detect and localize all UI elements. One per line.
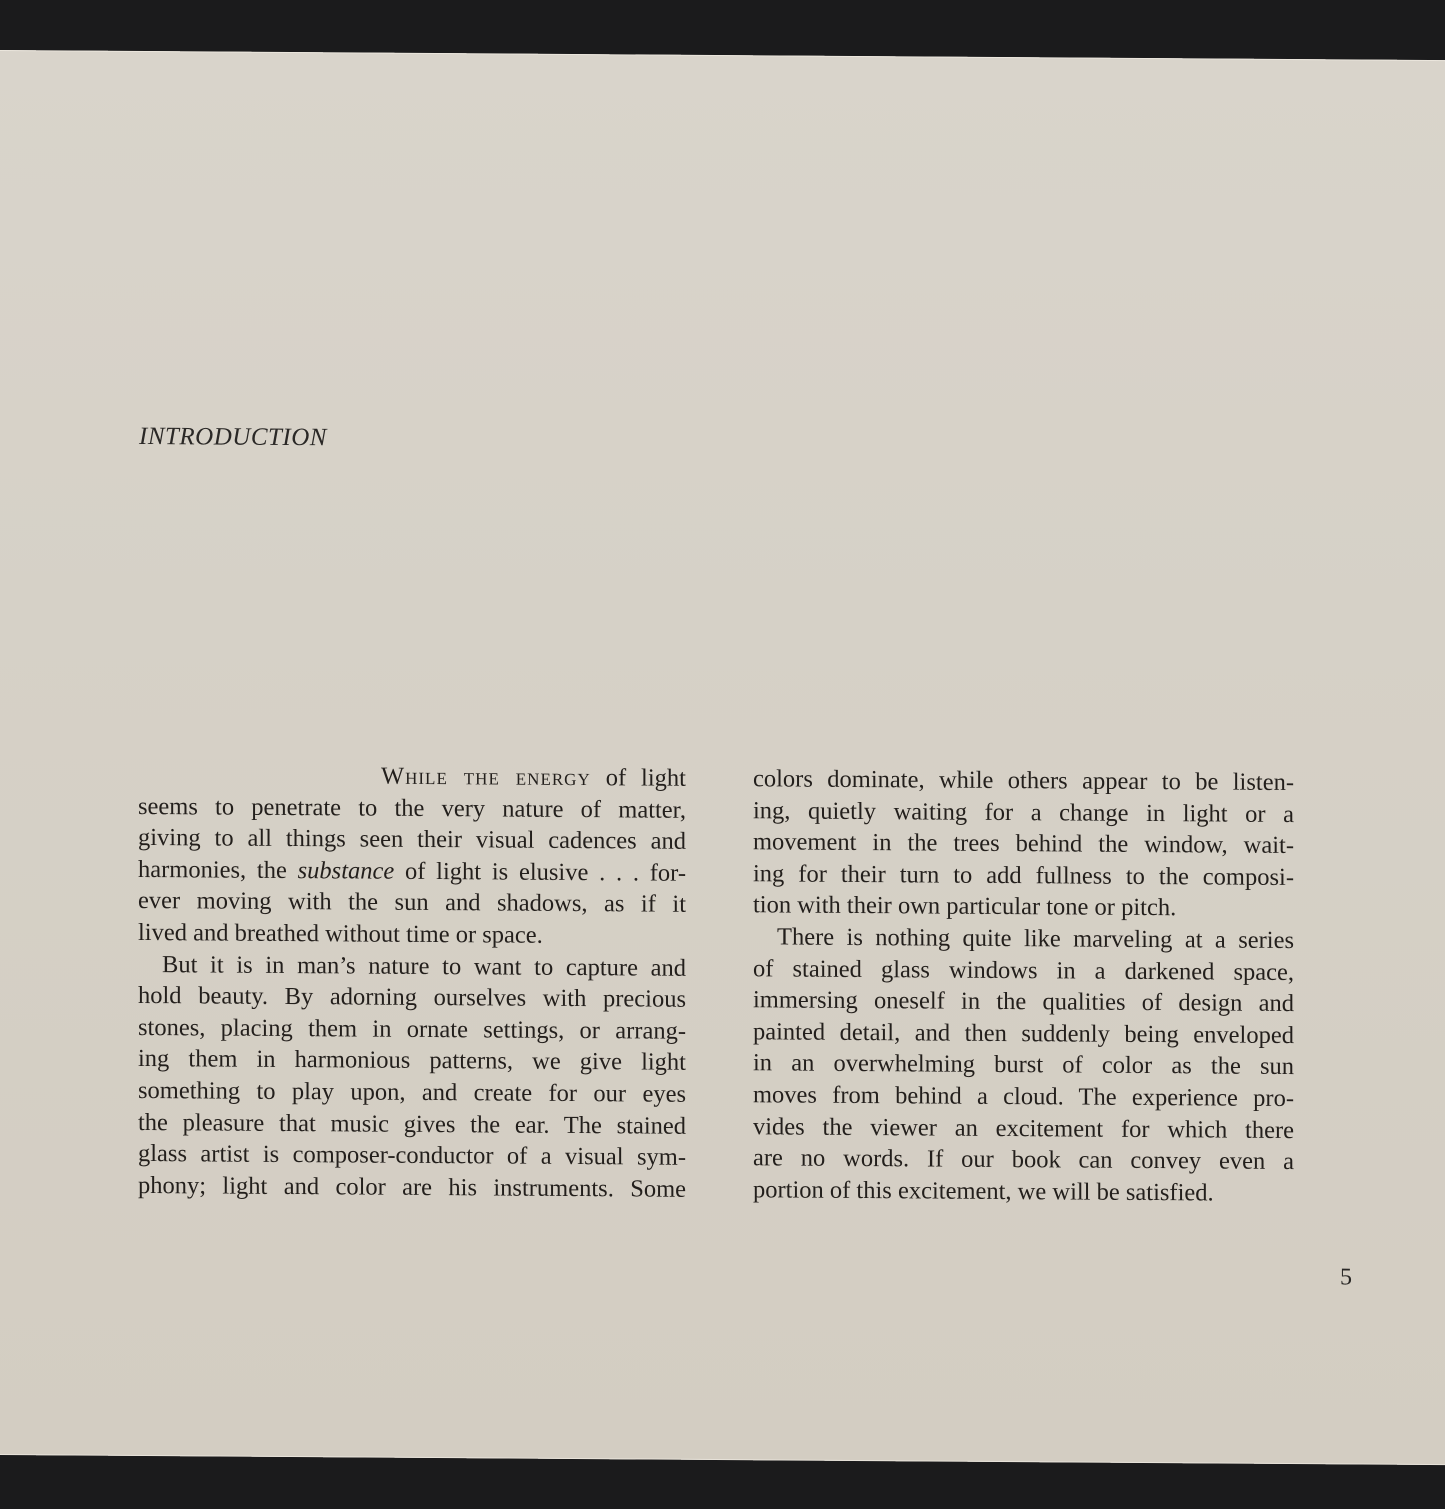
text-line: harmonies, the substance of light is elu… <box>138 854 686 889</box>
text-line: painted detail, and then suddenly being … <box>753 1016 1294 1051</box>
text-line: immersing oneself in the qualities of de… <box>753 984 1294 1019</box>
text-line: stones, placing them in ornate settings,… <box>138 1012 686 1047</box>
section-heading: INTRODUCTION <box>139 423 327 452</box>
text-line: seems to penetrate to the very nature of… <box>138 791 686 826</box>
text-line: phony; light and color are his instrumen… <box>138 1170 686 1205</box>
text-line: moves from behind a cloud. The experienc… <box>753 1079 1294 1114</box>
text-line: hold beauty. By adorning ourselves with … <box>138 980 686 1015</box>
text-line: But it is in man’s nature to want to cap… <box>138 949 686 984</box>
text-line: ever moving with the sun and shadows, as… <box>138 885 686 920</box>
text-line: glass artist is composer-conductor of a … <box>138 1138 686 1173</box>
opening-smallcaps: While the energy <box>381 763 591 791</box>
text-line: vides the viewer an excitement for which… <box>753 1111 1294 1146</box>
book-page: INTRODUCTION While the energy of light s… <box>0 50 1445 1465</box>
text-line: are no words. If our book can convey eve… <box>753 1142 1294 1177</box>
text-line: giving to all things seen their visual c… <box>138 822 686 857</box>
text-line: colors dominate, while others appear to … <box>753 763 1294 798</box>
page-number: 5 <box>1340 1264 1352 1291</box>
text-column-left: While the energy of light seems to penet… <box>138 759 686 1205</box>
text-line: There is nothing quite like marveling at… <box>753 921 1294 956</box>
text-line: tion with their own particular tone or p… <box>753 890 1294 925</box>
text-line: in an overwhelming burst of color as the… <box>753 1048 1294 1083</box>
text-line: the pleasure that music gives the ear. T… <box>138 1106 686 1141</box>
emphasis: substance <box>298 857 395 885</box>
text-line: something to play upon, and create for o… <box>138 1075 686 1110</box>
text-line: movement in the trees behind the window,… <box>753 826 1294 861</box>
text-line: ing for their turn to add fullness to th… <box>753 858 1294 893</box>
text-line: portion of this excitement, we will be s… <box>753 1174 1294 1209</box>
text-line: ing, quietly waiting for a change in lig… <box>753 795 1294 830</box>
text-line: lived and breathed without time or space… <box>138 917 686 952</box>
text-line: ing them in harmonious patterns, we give… <box>138 1043 686 1078</box>
text-line: While the energy of light <box>138 759 686 794</box>
text-column-right: colors dominate, while others appear to … <box>753 763 1294 1209</box>
text-line: of stained glass windows in a darkened s… <box>753 953 1294 988</box>
